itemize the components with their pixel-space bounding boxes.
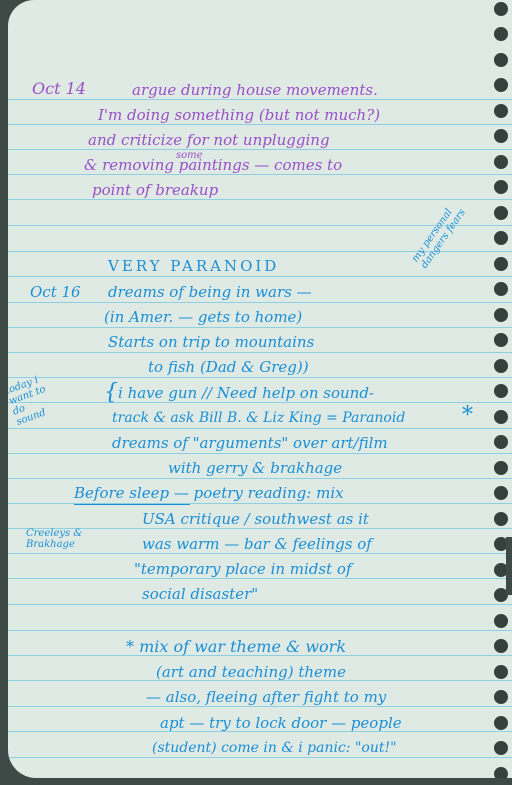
binder-hole [494, 410, 508, 424]
entry-date: Oct 14 [32, 80, 86, 98]
note-line: (student) come in & i panic: "out!" [152, 739, 397, 757]
binder-hole [494, 180, 508, 194]
entry-line: with gerry & brakhage [168, 459, 342, 477]
notebook-page: Oct 14 argue during house movements. I'm… [8, 0, 512, 778]
ruled-line [8, 453, 512, 454]
underline [74, 504, 190, 505]
margin-note-right: my personal dangers fears [410, 184, 480, 270]
binder-hole [494, 2, 508, 16]
entry-line: dreams of being in wars — [108, 283, 312, 301]
note-line: * mix of war theme & work [126, 638, 346, 656]
entry-line: I'm doing something (but not much?) [98, 106, 380, 124]
binder-hole [494, 129, 508, 143]
entry-date: Oct 16 [30, 283, 81, 301]
entry-line: track & ask Bill B. & Liz King = Paranoi… [112, 409, 405, 427]
note-line: — also, fleeing after fight to my [146, 688, 386, 706]
binder-hole [494, 333, 508, 347]
binder-hole [494, 78, 508, 92]
binder-hole [494, 231, 508, 245]
binder-hole [494, 104, 508, 118]
page-edge-tab [506, 537, 512, 595]
binder-hole [494, 359, 508, 373]
ruled-line [8, 199, 512, 200]
binder-hole [494, 690, 508, 704]
entry-line: Starts on trip to mountains [108, 333, 314, 351]
binder-hole [494, 53, 508, 67]
asterisk-mark: * [462, 407, 473, 425]
ruled-line [8, 352, 512, 353]
binder-hole [494, 665, 508, 679]
margin-note-left: Creeleys & Brakhage [26, 528, 84, 550]
entry-line: (in Amer. — gets to home) [104, 308, 302, 326]
binder-hole [494, 206, 508, 220]
binder-hole [494, 639, 508, 653]
entry-line: social disaster" [142, 585, 258, 603]
ruled-line [8, 428, 512, 429]
entry-line: and criticize for not unplugging [88, 131, 330, 149]
binder-hole [494, 308, 508, 322]
ruled-line [8, 377, 512, 378]
entry-line: was warm — bar & feelings of [142, 535, 372, 553]
binder-hole [494, 716, 508, 730]
ruled-line [8, 478, 512, 479]
margin-note-left: today i want to do sound [8, 372, 58, 428]
binder-hole [494, 461, 508, 475]
binder-hole [494, 767, 508, 778]
ruled-line [8, 124, 512, 125]
ruled-line [8, 578, 512, 579]
ruled-line [8, 757, 512, 758]
binder-hole [494, 384, 508, 398]
binder-hole [494, 614, 508, 628]
ruled-line [8, 149, 512, 150]
ruled-line [8, 402, 512, 403]
binder-hole [494, 435, 508, 449]
entry-line: i have gun // Need help on sound- [118, 384, 374, 402]
entry-line: dreams of "arguments" over art/film [112, 434, 388, 452]
ruled-line [8, 302, 512, 303]
ruled-line [8, 630, 512, 631]
ruled-line [8, 327, 512, 328]
ruled-line [8, 706, 512, 707]
entry-line: Before sleep — poetry reading: mix [74, 484, 344, 502]
binder-hole [494, 155, 508, 169]
entry-line: to fish (Dad & Greg)) [148, 358, 309, 376]
binder-hole [494, 282, 508, 296]
ruled-line [8, 276, 512, 277]
ruled-line [8, 553, 512, 554]
entry-line: point of breakup [92, 181, 218, 199]
binder-hole [494, 741, 508, 755]
entry-line: USA critique / southwest as it [142, 510, 369, 528]
ruled-line [8, 99, 512, 100]
entry-line: argue during house movements. [132, 81, 378, 99]
entry-line: "temporary place in midst of [134, 560, 352, 578]
binder-hole [494, 512, 508, 526]
entry-line: & removing paintings — comes to [84, 156, 342, 174]
entry-heading: VERY PARANOID [108, 257, 279, 275]
binder-hole [494, 27, 508, 41]
brace: { [104, 384, 118, 402]
ruled-line [8, 174, 512, 175]
note-line: apt — try to lock door — people [160, 714, 402, 732]
note-line: (art and teaching) theme [156, 663, 346, 681]
binder-hole [494, 257, 508, 271]
ruled-line [8, 604, 512, 605]
binder-hole [494, 486, 508, 500]
